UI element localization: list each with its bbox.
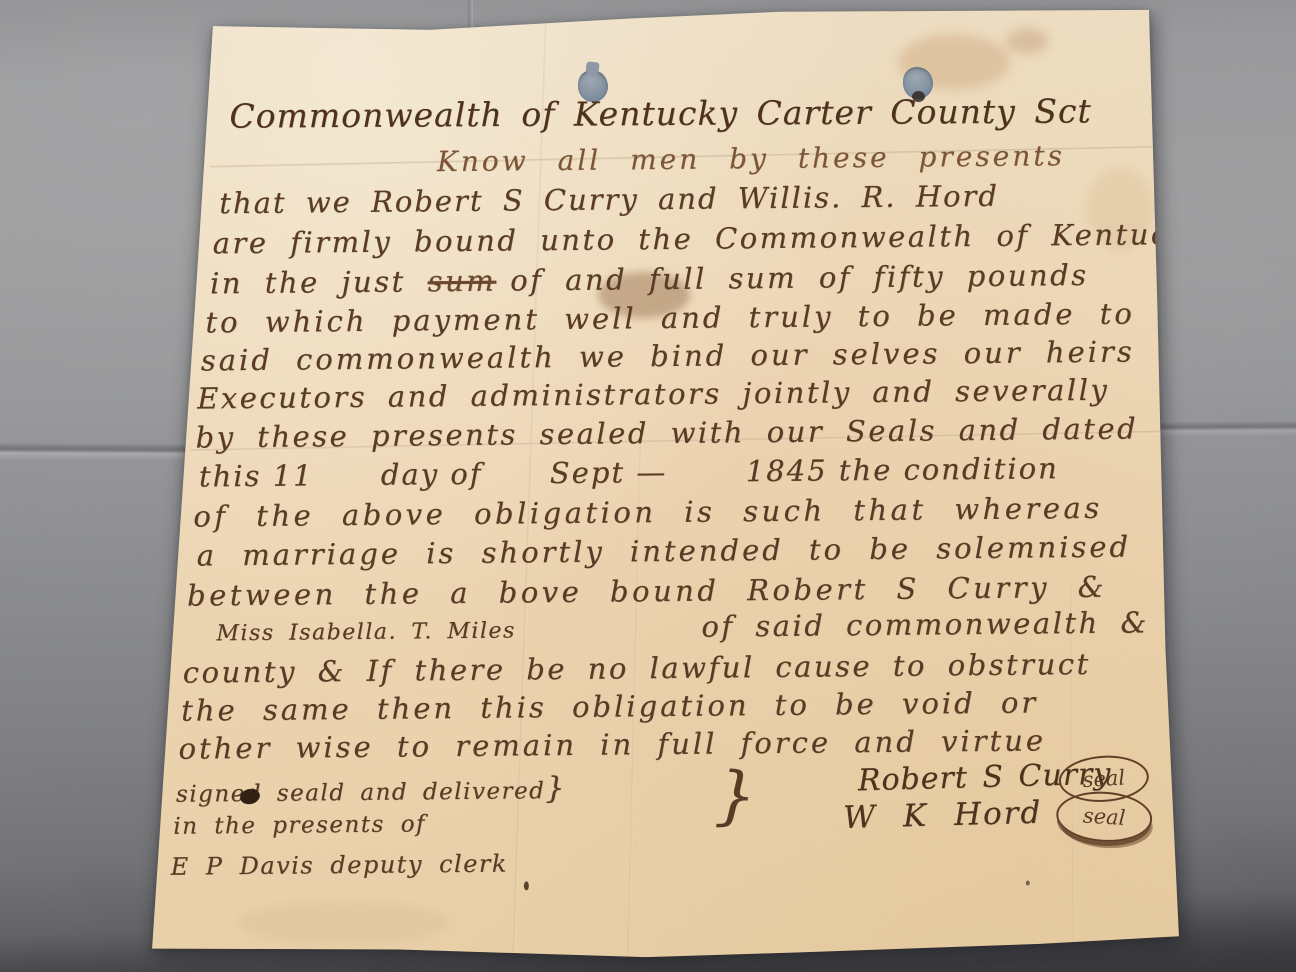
doc-line-void: the same then this obligation to be void… <box>181 685 1038 727</box>
doc-line-bind: said commonwealth we bind our selves our… <box>201 334 1135 377</box>
signature-wk-hord: W K Hord <box>843 795 1043 836</box>
seal-oval-hord: seal <box>1055 789 1154 845</box>
ink-speck-2 <box>1026 881 1030 886</box>
doc-line-sum: in the justsumof and full sum of fifty p… <box>210 258 1089 300</box>
attest-small-brace: } <box>545 771 566 806</box>
doc-line-sum-pre: in the just <box>210 264 406 300</box>
doc-line-date: this 11 day of Sept — 1845 the condition <box>199 451 1059 493</box>
doc-line-parties: that we Robert S Curry and Willis. R. Ho… <box>219 179 999 220</box>
doc-line-commonwealth: of said commonwealth & <box>701 605 1149 643</box>
paper-wrapper: Commonwealth of Kentucky Carter County S… <box>150 8 1182 960</box>
attest-line-1: signed seald and delivered} <box>176 771 566 810</box>
ink-speck-1 <box>524 881 529 890</box>
attest-line-1-text: signed seald and delivered <box>176 778 546 808</box>
struck-word: sum <box>427 264 496 299</box>
attest-line-2: in the presents of <box>173 811 426 839</box>
document-paper: Commonwealth of Kentucky Carter County S… <box>150 8 1182 960</box>
clerk-line: E P Davis deputy clerk <box>171 850 508 881</box>
doc-title: Commonwealth of Kentucky Carter County S… <box>229 91 1091 135</box>
doc-line-marriage: a marriage is shortly intended to be sol… <box>197 530 1132 573</box>
doc-line-executors: Executors and administrators jointly and… <box>197 373 1109 416</box>
doc-line-condition: of the above obligation is such that whe… <box>193 491 1103 534</box>
doc-line-opening: Know all men by these presents <box>437 139 1065 178</box>
doc-line-county: county & If there be no lawful cause to … <box>183 647 1091 690</box>
doc-line-bride-name: Miss Isabella. T. Miles <box>216 618 516 646</box>
handwriting-layer: Commonwealth of Kentucky Carter County S… <box>145 3 1186 965</box>
doc-line-bound: are firmly bound unto the Commonwealth o… <box>213 217 1209 261</box>
doc-line-sum-post: of and full sum of fifty pounds <box>510 258 1089 298</box>
doc-line-sealed: by these presents sealed with our Seals … <box>195 411 1138 454</box>
attest-big-brace: } <box>713 759 757 835</box>
photo-background: Commonwealth of Kentucky Carter County S… <box>0 0 1296 972</box>
doc-line-payment: to which payment well and truly to be ma… <box>205 296 1135 339</box>
doc-line-force: other wise to remain in full force and v… <box>178 723 1046 765</box>
